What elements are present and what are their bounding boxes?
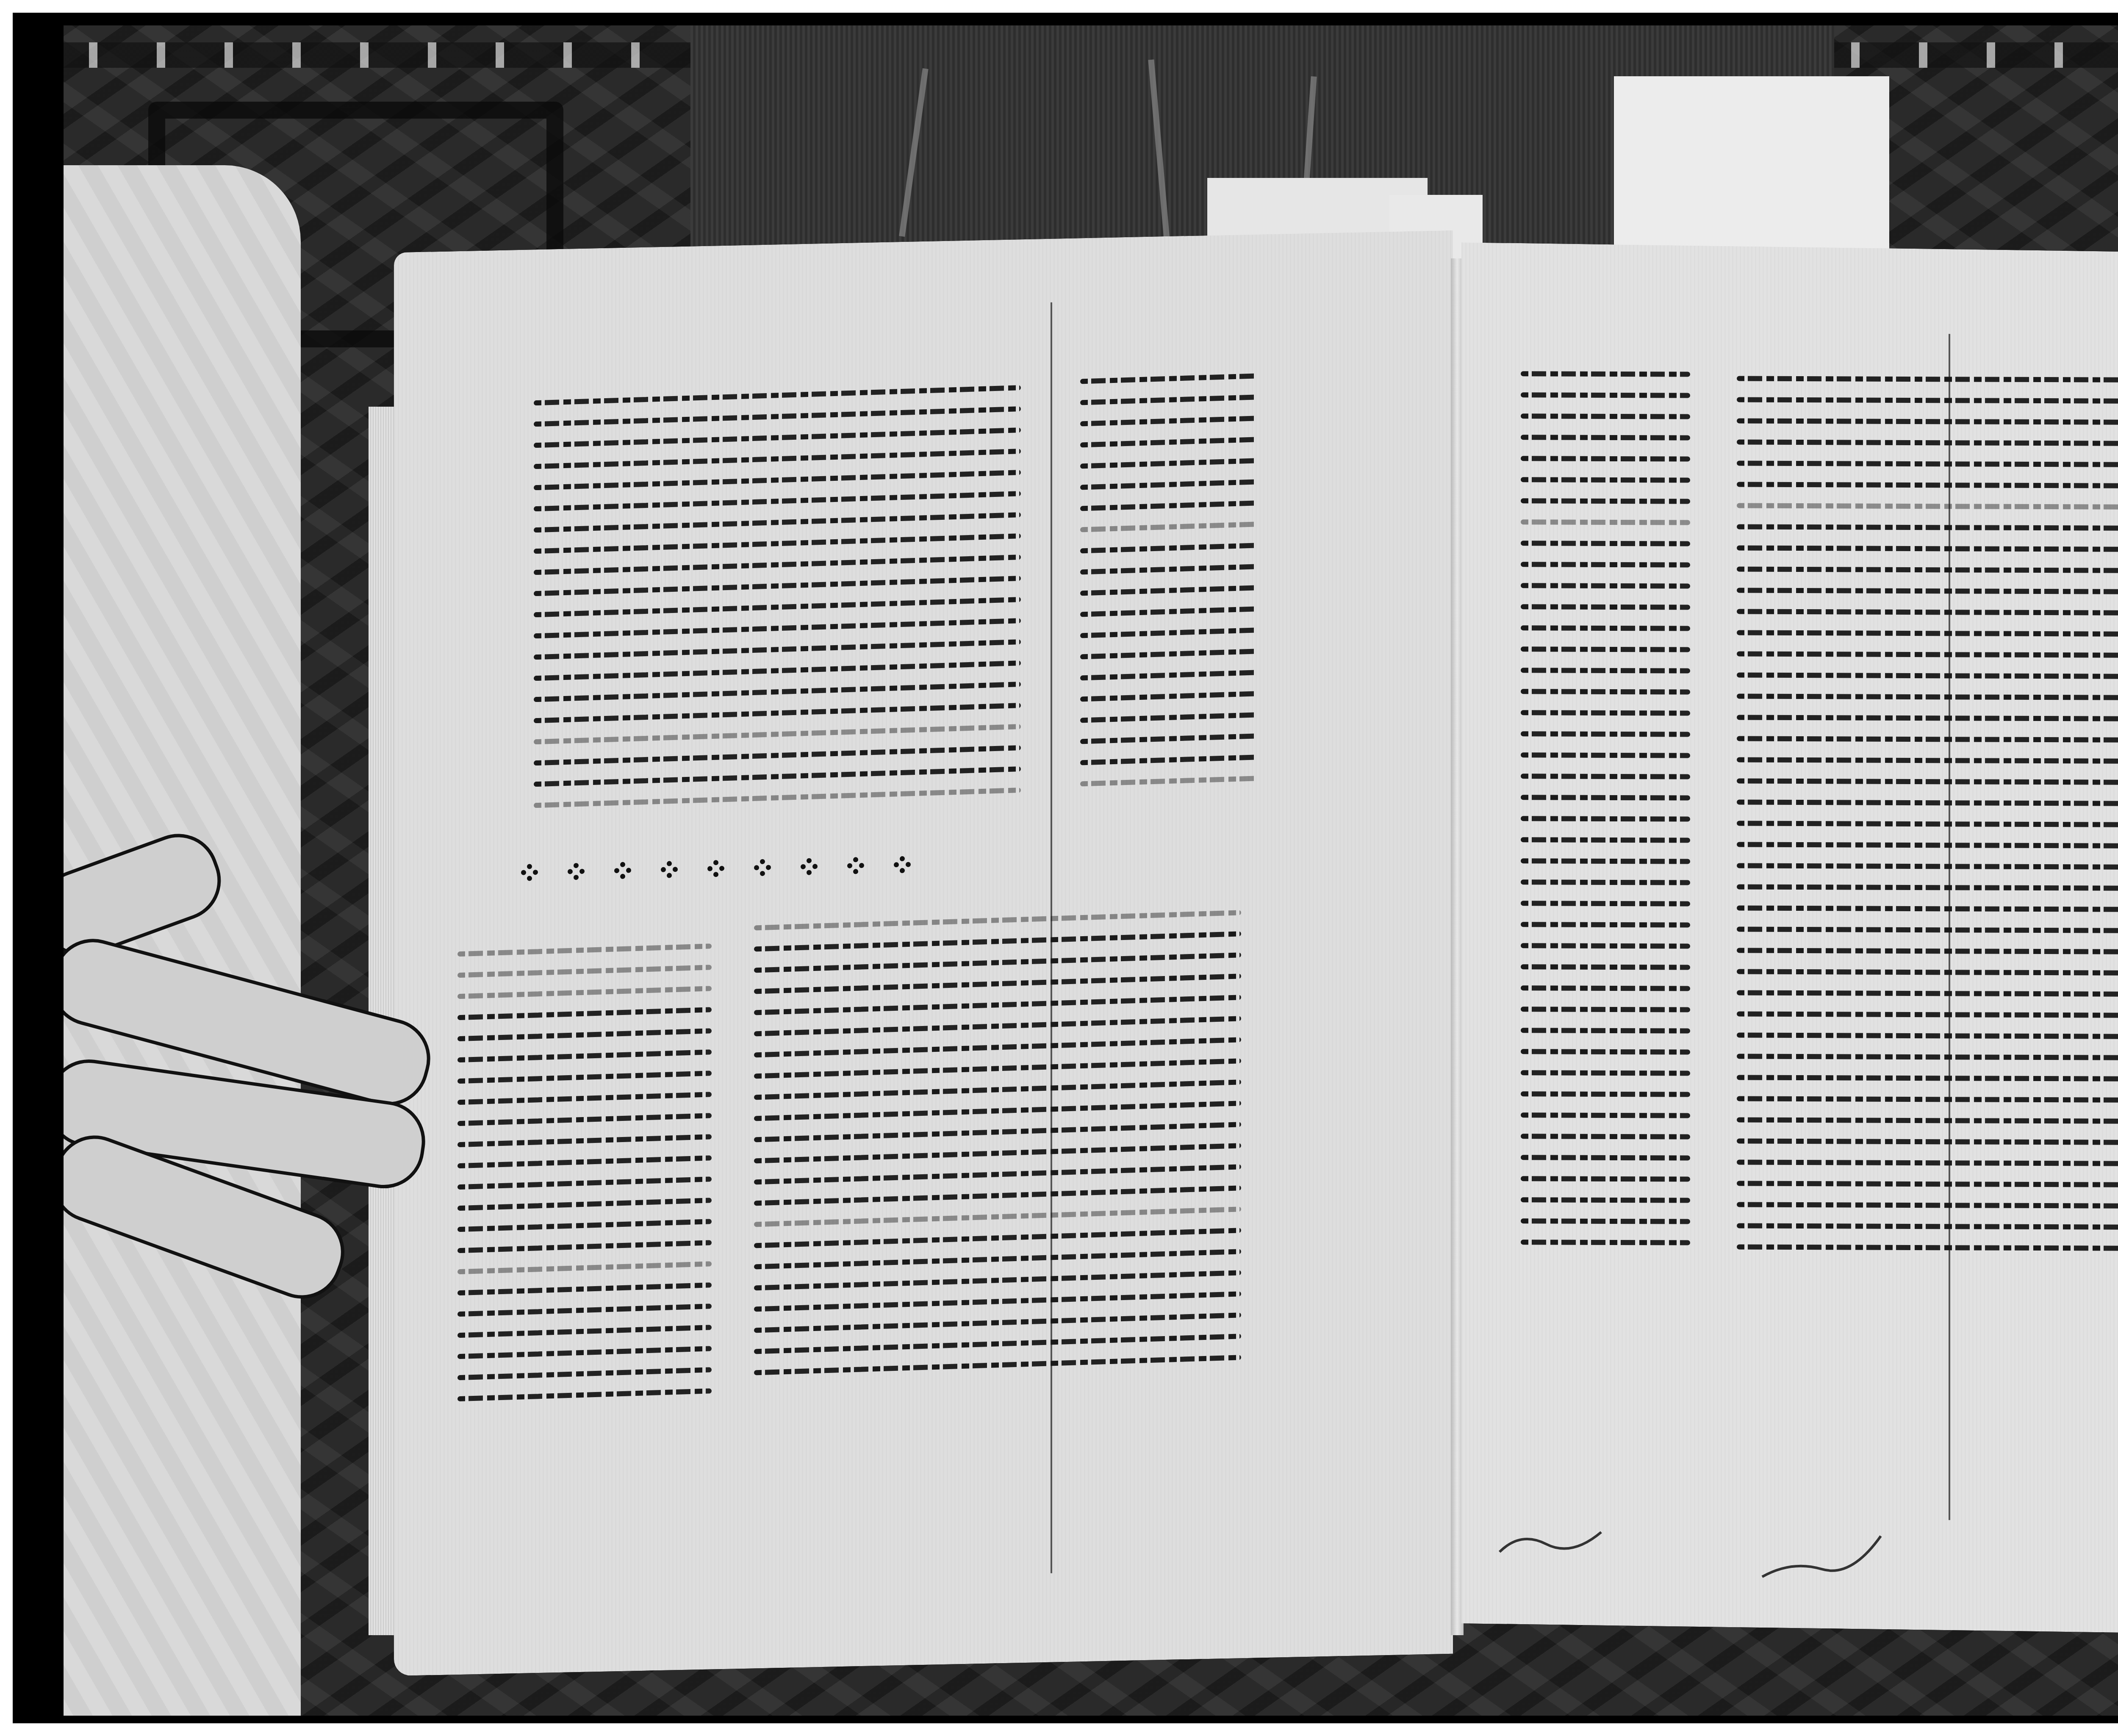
catchword-stroke: [1758, 1526, 1885, 1587]
left-inner-column-upper: [1080, 374, 1258, 801]
left-outer-column-upper: [534, 388, 1021, 821]
manuscript-book: marginal note (Syriac, illegible) catchw…: [360, 195, 2118, 1656]
quatrefoil-ornament: [707, 860, 724, 877]
left-page: [394, 230, 1453, 1676]
left-hand: [64, 851, 529, 1317]
quatrefoil-ornament: [568, 863, 585, 880]
marginal-note-stroke: [1495, 1514, 1605, 1566]
right-page: marginal note (Syriac, illegible) catchw…: [1461, 242, 2118, 1639]
quatrefoil-ornament: [847, 857, 864, 874]
quatrefoil-ornament: [801, 858, 818, 875]
quatrefoil-ornament: [661, 861, 678, 878]
quatrefoil-ornament: [894, 856, 911, 874]
right-inner-column: [1521, 370, 1690, 1262]
right-outer-column: [1737, 373, 2118, 1270]
quatrefoil-ornament: [754, 859, 771, 876]
quatrefoil-ornament: [614, 862, 631, 879]
photograph: marginal note (Syriac, illegible) catchw…: [64, 25, 2118, 1716]
ornamental-divider: [521, 856, 911, 881]
left-inner-column-lower: [754, 912, 1241, 1389]
